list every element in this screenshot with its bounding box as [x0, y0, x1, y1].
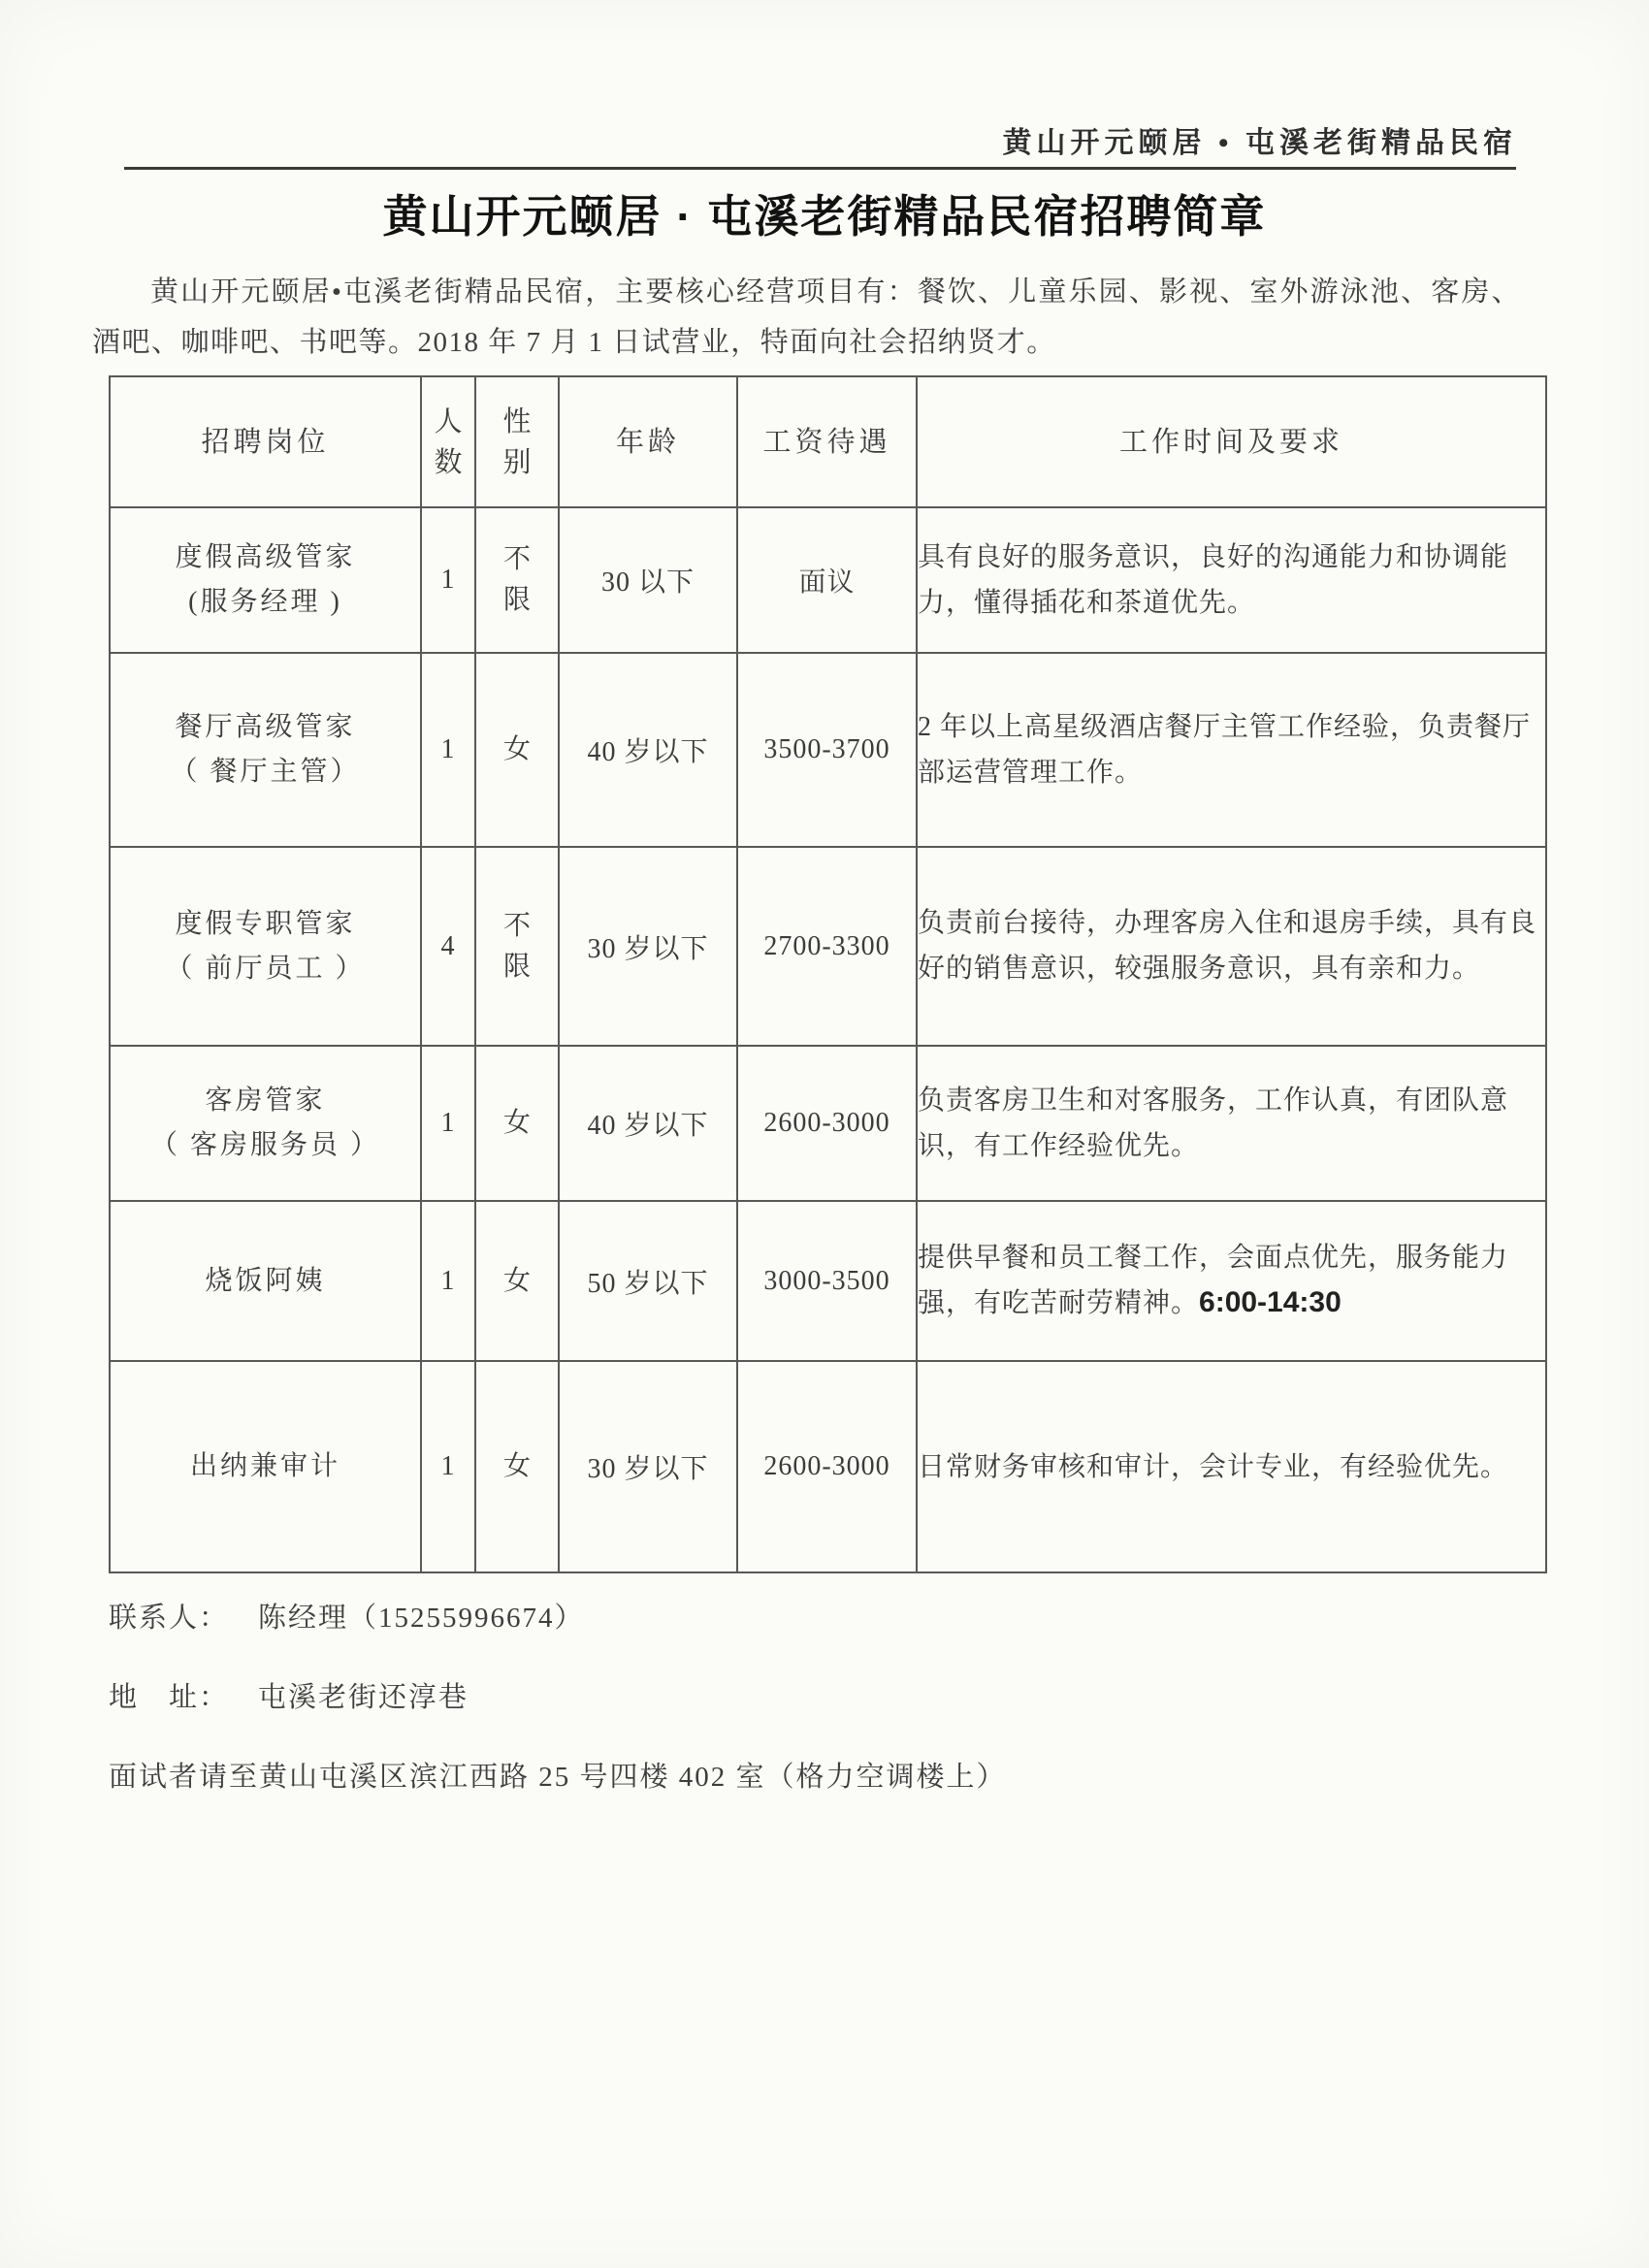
table-row-6: 出纳兼审计 1 女 30 岁以下 2600-3000 日常财务审核和审计，会计专…: [110, 1361, 1546, 1572]
col-header-count-text: 人数: [431, 402, 466, 483]
requirements-cell: 日常财务审核和审计，会计专业，有经验优先。: [917, 1361, 1546, 1572]
position-subtitle: （ 前厅员工 ）: [111, 947, 420, 991]
contact-address-line: 地 址：屯溪老街还淳巷: [109, 1680, 1552, 1715]
col-header-count: 人数: [421, 376, 475, 507]
table-row-4: 客房管家 （ 客房服务员 ） 1 女 40 岁以下 2600-3000 负责客房…: [110, 1046, 1546, 1201]
count-cell: 1: [421, 1046, 475, 1201]
requirements-cell: 具有良好的服务意识，良好的沟通能力和协调能力，懂得插花和茶道优先。: [917, 507, 1546, 653]
gender-cell: 不限: [475, 847, 559, 1046]
salary-cell: 2600-3000: [737, 1046, 917, 1201]
contact-person-value: 陈经理（15255996674）: [258, 1603, 585, 1634]
header-company-name: 黄山开元颐居 • 屯溪老街精品民宿: [0, 126, 1517, 161]
table-row-3: 度假专职管家 （ 前厅员工 ） 4 不限 30 岁以下 2700-3300 负责…: [110, 847, 1546, 1046]
count-cell: 1: [421, 1361, 475, 1572]
table-row-5: 烧饭阿姨 1 女 50 岁以下 3000-3500 提供早餐和员工餐工作，会面点…: [110, 1201, 1546, 1361]
gender-cell: 女: [475, 1201, 559, 1361]
gender-cell: 女: [475, 1046, 559, 1201]
contact-interview-line: 面试者请至黄山屯溪区滨江西路 25 号四楼 402 室（格力空调楼上）: [109, 1760, 1552, 1795]
requirements-cell: 2 年以上高星级酒店餐厅主管工作经验，负责餐厅部运营管理工作。: [917, 653, 1546, 847]
position-title: 客房管家: [111, 1079, 420, 1123]
count-cell: 4: [421, 847, 475, 1046]
contact-section: 联系人：陈经理（15255996674） 地 址：屯溪老街还淳巷 面试者请至黄山…: [109, 1601, 1552, 1795]
position-subtitle: （ 餐厅主管）: [111, 750, 420, 794]
document-page: 黄山开元颐居 • 屯溪老街精品民宿 黄山开元颐居 · 屯溪老街精品民宿招聘简章 …: [0, 0, 1649, 2268]
col-header-age: 年龄: [559, 376, 737, 507]
gender-text: 女: [503, 1446, 531, 1487]
requirements-cell: 负责前台接待，办理客房入住和退房手续，具有良好的销售意识，较强服务意识，具有亲和…: [917, 847, 1546, 1046]
col-header-requirements: 工作时间及要求: [917, 376, 1546, 507]
salary-cell: 面议: [737, 507, 917, 653]
gender-cell: 女: [475, 1361, 559, 1572]
requirement-time: 6:00-14:30: [1199, 1286, 1342, 1318]
table-row-2: 餐厅高级管家 （ 餐厅主管） 1 女 40 岁以下 3500-3700 2 年以…: [110, 653, 1546, 847]
position-title: 餐厅高级管家: [111, 705, 420, 750]
contact-person-line: 联系人：陈经理（15255996674）: [109, 1601, 1552, 1636]
requirement-text: 负责前台接待，办理客房入住和退房手续，具有良好的销售意识，较强服务意识，具有亲和…: [918, 908, 1536, 984]
age-cell: 40 岁以下: [559, 1046, 737, 1201]
age-cell: 50 岁以下: [559, 1201, 737, 1361]
intro-paragraph: 黄山开元颐居•屯溪老街精品民宿，主要核心经营项目有：餐饮、儿童乐园、影视、室外游…: [92, 267, 1521, 368]
position-subtitle: （ 客房服务员 ）: [111, 1123, 420, 1168]
table-header-row: 招聘岗位 人数 性别 年龄 工资待遇 工作时间及要求: [110, 376, 1546, 507]
position-cell: 度假专职管家 （ 前厅员工 ）: [110, 847, 421, 1046]
requirement-text: 具有良好的服务意识，良好的沟通能力和协调能力，懂得插花和茶道优先。: [918, 542, 1508, 618]
col-header-position: 招聘岗位: [110, 376, 421, 507]
age-cell: 30 岁以下: [559, 847, 737, 1046]
count-cell: 1: [421, 653, 475, 847]
position-cell: 客房管家 （ 客房服务员 ）: [110, 1046, 421, 1201]
header-divider: [124, 167, 1516, 170]
document-title: 黄山开元颐居 · 屯溪老街精品民宿招聘简章: [0, 191, 1649, 242]
position-title: 度假高级管家: [111, 535, 420, 580]
count-cell: 1: [421, 1201, 475, 1361]
requirements-cell: 提供早餐和员工餐工作，会面点优先，服务能力强，有吃苦耐劳精神。6:00-14:3…: [917, 1201, 1546, 1361]
position-title: 度假专职管家: [111, 902, 420, 947]
contact-address-value: 屯溪老街还淳巷: [258, 1682, 469, 1713]
gender-cell: 不限: [475, 507, 559, 653]
position-title: 烧饭阿姨: [111, 1259, 420, 1304]
gender-text: 女: [503, 1261, 531, 1302]
position-cell: 出纳兼审计: [110, 1361, 421, 1572]
position-cell: 度假高级管家 (服务经理 ): [110, 507, 421, 653]
salary-cell: 3000-3500: [737, 1201, 917, 1361]
col-header-gender: 性别: [475, 376, 559, 507]
gender-text: 女: [503, 1103, 531, 1144]
gender-text: 不限: [501, 539, 534, 621]
contact-address-label: 地 址：: [109, 1682, 229, 1713]
age-cell: 30 岁以下: [559, 1361, 737, 1572]
salary-cell: 3500-3700: [737, 653, 917, 847]
position-cell: 餐厅高级管家 （ 餐厅主管）: [110, 653, 421, 847]
gender-cell: 女: [475, 653, 559, 847]
requirements-cell: 负责客房卫生和对客服务，工作认真，有团队意识，有工作经验优先。: [917, 1046, 1546, 1201]
requirement-text: 2 年以上高星级酒店餐厅主管工作经验，负责餐厅部运营管理工作。: [918, 712, 1531, 788]
count-cell: 1: [421, 507, 475, 653]
requirement-text: 日常财务审核和审计，会计专业，有经验优先。: [918, 1452, 1508, 1482]
col-header-gender-text: 性别: [500, 402, 534, 483]
position-cell: 烧饭阿姨: [110, 1201, 421, 1361]
requirement-text: 负责客房卫生和对客服务，工作认真，有团队意识，有工作经验优先。: [918, 1085, 1508, 1161]
gender-text: 女: [503, 729, 531, 770]
contact-person-label: 联系人：: [109, 1603, 229, 1634]
age-cell: 40 岁以下: [559, 653, 737, 847]
jobs-table: 招聘岗位 人数 性别 年龄 工资待遇 工作时间及要求 度假高级管家 (服务经理 …: [109, 375, 1547, 1573]
age-cell: 30 以下: [559, 507, 737, 653]
position-subtitle: (服务经理 ): [111, 580, 420, 625]
salary-cell: 2700-3300: [737, 847, 917, 1046]
gender-text: 不限: [501, 906, 534, 988]
salary-cell: 2600-3000: [737, 1361, 917, 1572]
table-row-1: 度假高级管家 (服务经理 ) 1 不限 30 以下 面议 具有良好的服务意识，良…: [110, 507, 1546, 653]
position-title: 出纳兼审计: [111, 1444, 420, 1489]
col-header-salary: 工资待遇: [737, 376, 917, 507]
